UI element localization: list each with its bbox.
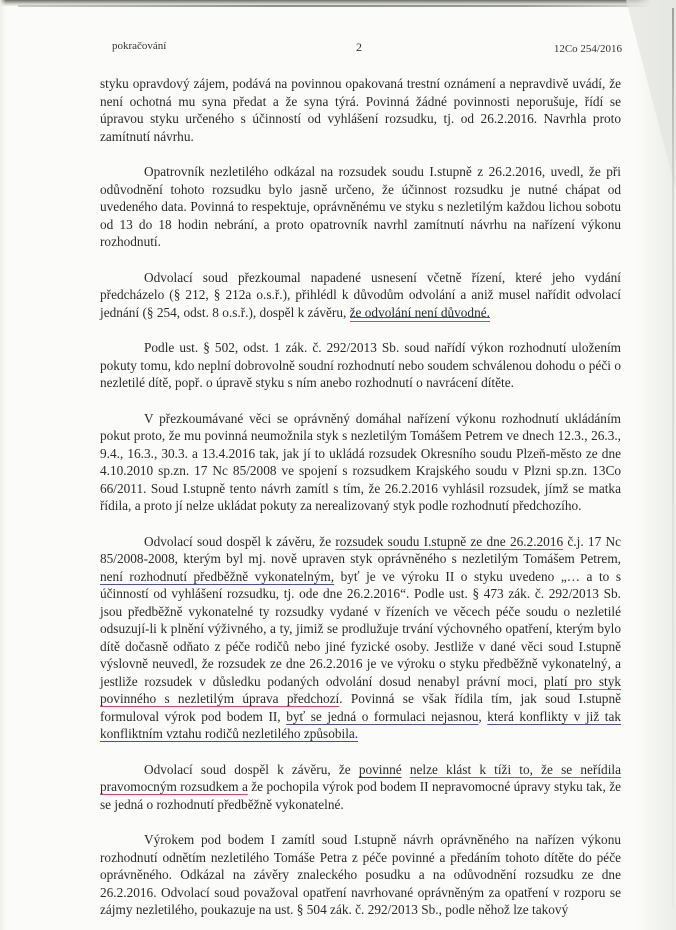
paragraph: Výrokem pod bodem I zamítl soud I.stupně… [100, 831, 621, 919]
text-segment: styku opravdový zájem, podává na povinno… [100, 76, 621, 144]
page-top-edge [18, 5, 648, 7]
case-number: 12Co 254/2016 [554, 43, 622, 55]
paragraph: Odvolací soud dospěl k závěru, že rozsud… [100, 533, 621, 743]
page-header: pokračování 2 12Co 254/2016 [112, 40, 622, 56]
text-segment: Opatrovník nezletilého odkázal na rozsud… [100, 164, 621, 249]
page-left-edge [0, 0, 6, 930]
page-corner-fold [626, 0, 676, 190]
paragraph: styku opravdový zájem, podává na povinno… [100, 75, 621, 145]
underlined-passage: že odvolání není důvodné. [350, 305, 490, 322]
document-body: styku opravdový zájem, podává na povinno… [100, 75, 621, 930]
paragraph: Odvolací soud dospěl k závěru, že povinn… [100, 761, 621, 814]
paragraph: Opatrovník nezletilého odkázal na rozsud… [100, 163, 621, 251]
underlined-passage: rozsudek soudu I.stupně ze dne 26.2.2016 [335, 534, 563, 549]
underlined-passage: byť se jedná o formulaci nejasnou [286, 709, 478, 724]
underlined-passage: povinné [359, 762, 402, 777]
paragraph: V přezkoumávané věci se oprávněný domáha… [100, 410, 621, 515]
text-segment: Výrokem pod bodem I zamítl soud I.stupně… [100, 832, 621, 917]
page-right-edge [672, 8, 674, 908]
text-segment: , [478, 709, 487, 724]
text-segment: Odvolací soud dospěl k závěru, že [144, 762, 359, 777]
text-segment: Podle ust. § 502, odst. 1 zák. č. 292/20… [100, 340, 621, 390]
text-segment: V přezkoumávané věci se oprávněný domáha… [100, 411, 621, 514]
text-segment [402, 762, 410, 777]
page-number: 2 [356, 40, 362, 55]
paragraph: Podle ust. § 502, odst. 1 zák. č. 292/20… [100, 339, 621, 392]
continuation-label: pokračování [112, 40, 166, 52]
text-segment: byť je ve výroku II o styku uvedeno „… a… [100, 569, 621, 689]
underlined-passage: není rozhodnutí předběžně vykonatelným, [100, 569, 334, 584]
paragraph: Odvolací soud přezkoumal napadené usnese… [100, 269, 621, 322]
text-segment: Odvolací soud dospěl k závěru, že [144, 534, 335, 549]
